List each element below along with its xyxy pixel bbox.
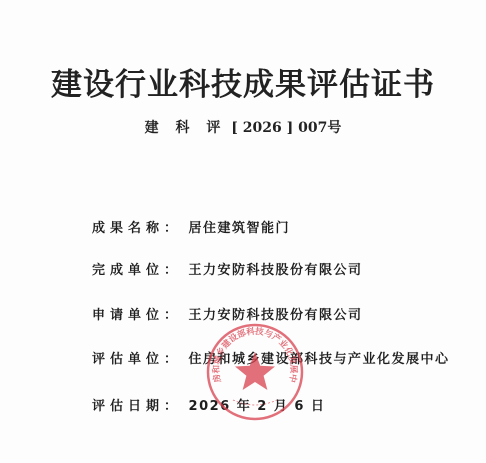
field-value: 居住建筑智能门: [189, 219, 291, 239]
field-evaluation-unit: 评估单位： 住房和城乡建设部科技与产业化发展中心: [92, 350, 450, 370]
field-label: 评估单位：: [92, 350, 184, 370]
field-evaluation-date: 评估日期： 2026 年 2 月 6 日: [92, 397, 325, 417]
field-completing-unit: 完成单位： 王力安防科技股份有限公司: [92, 261, 363, 281]
certificate-title: 建设行业科技成果评估证书: [0, 66, 486, 104]
doc-number-year: [ 2026 ]: [231, 120, 293, 136]
doc-number-prefix: 建 科 评: [145, 120, 227, 136]
field-value: 王力安防科技股份有限公司: [189, 306, 363, 326]
field-value: 王力安防科技股份有限公司: [189, 261, 363, 281]
field-value: 2026 年 2 月 6 日: [189, 397, 326, 417]
field-label: 申请单位：: [92, 306, 184, 326]
field-label: 完成单位：: [92, 261, 184, 281]
document-number: 建 科 评 [ 2026 ] 007号: [0, 118, 486, 138]
field-achievement-name: 成果名称： 居住建筑智能门: [92, 219, 290, 239]
field-label: 成果名称：: [92, 219, 184, 239]
field-applicant-unit: 申请单位： 王力安防科技股份有限公司: [92, 306, 363, 326]
field-value: 住房和城乡建设部科技与产业化发展中心: [189, 350, 450, 370]
field-label: 评估日期：: [92, 397, 184, 417]
doc-number-serial: 007号: [298, 120, 341, 136]
